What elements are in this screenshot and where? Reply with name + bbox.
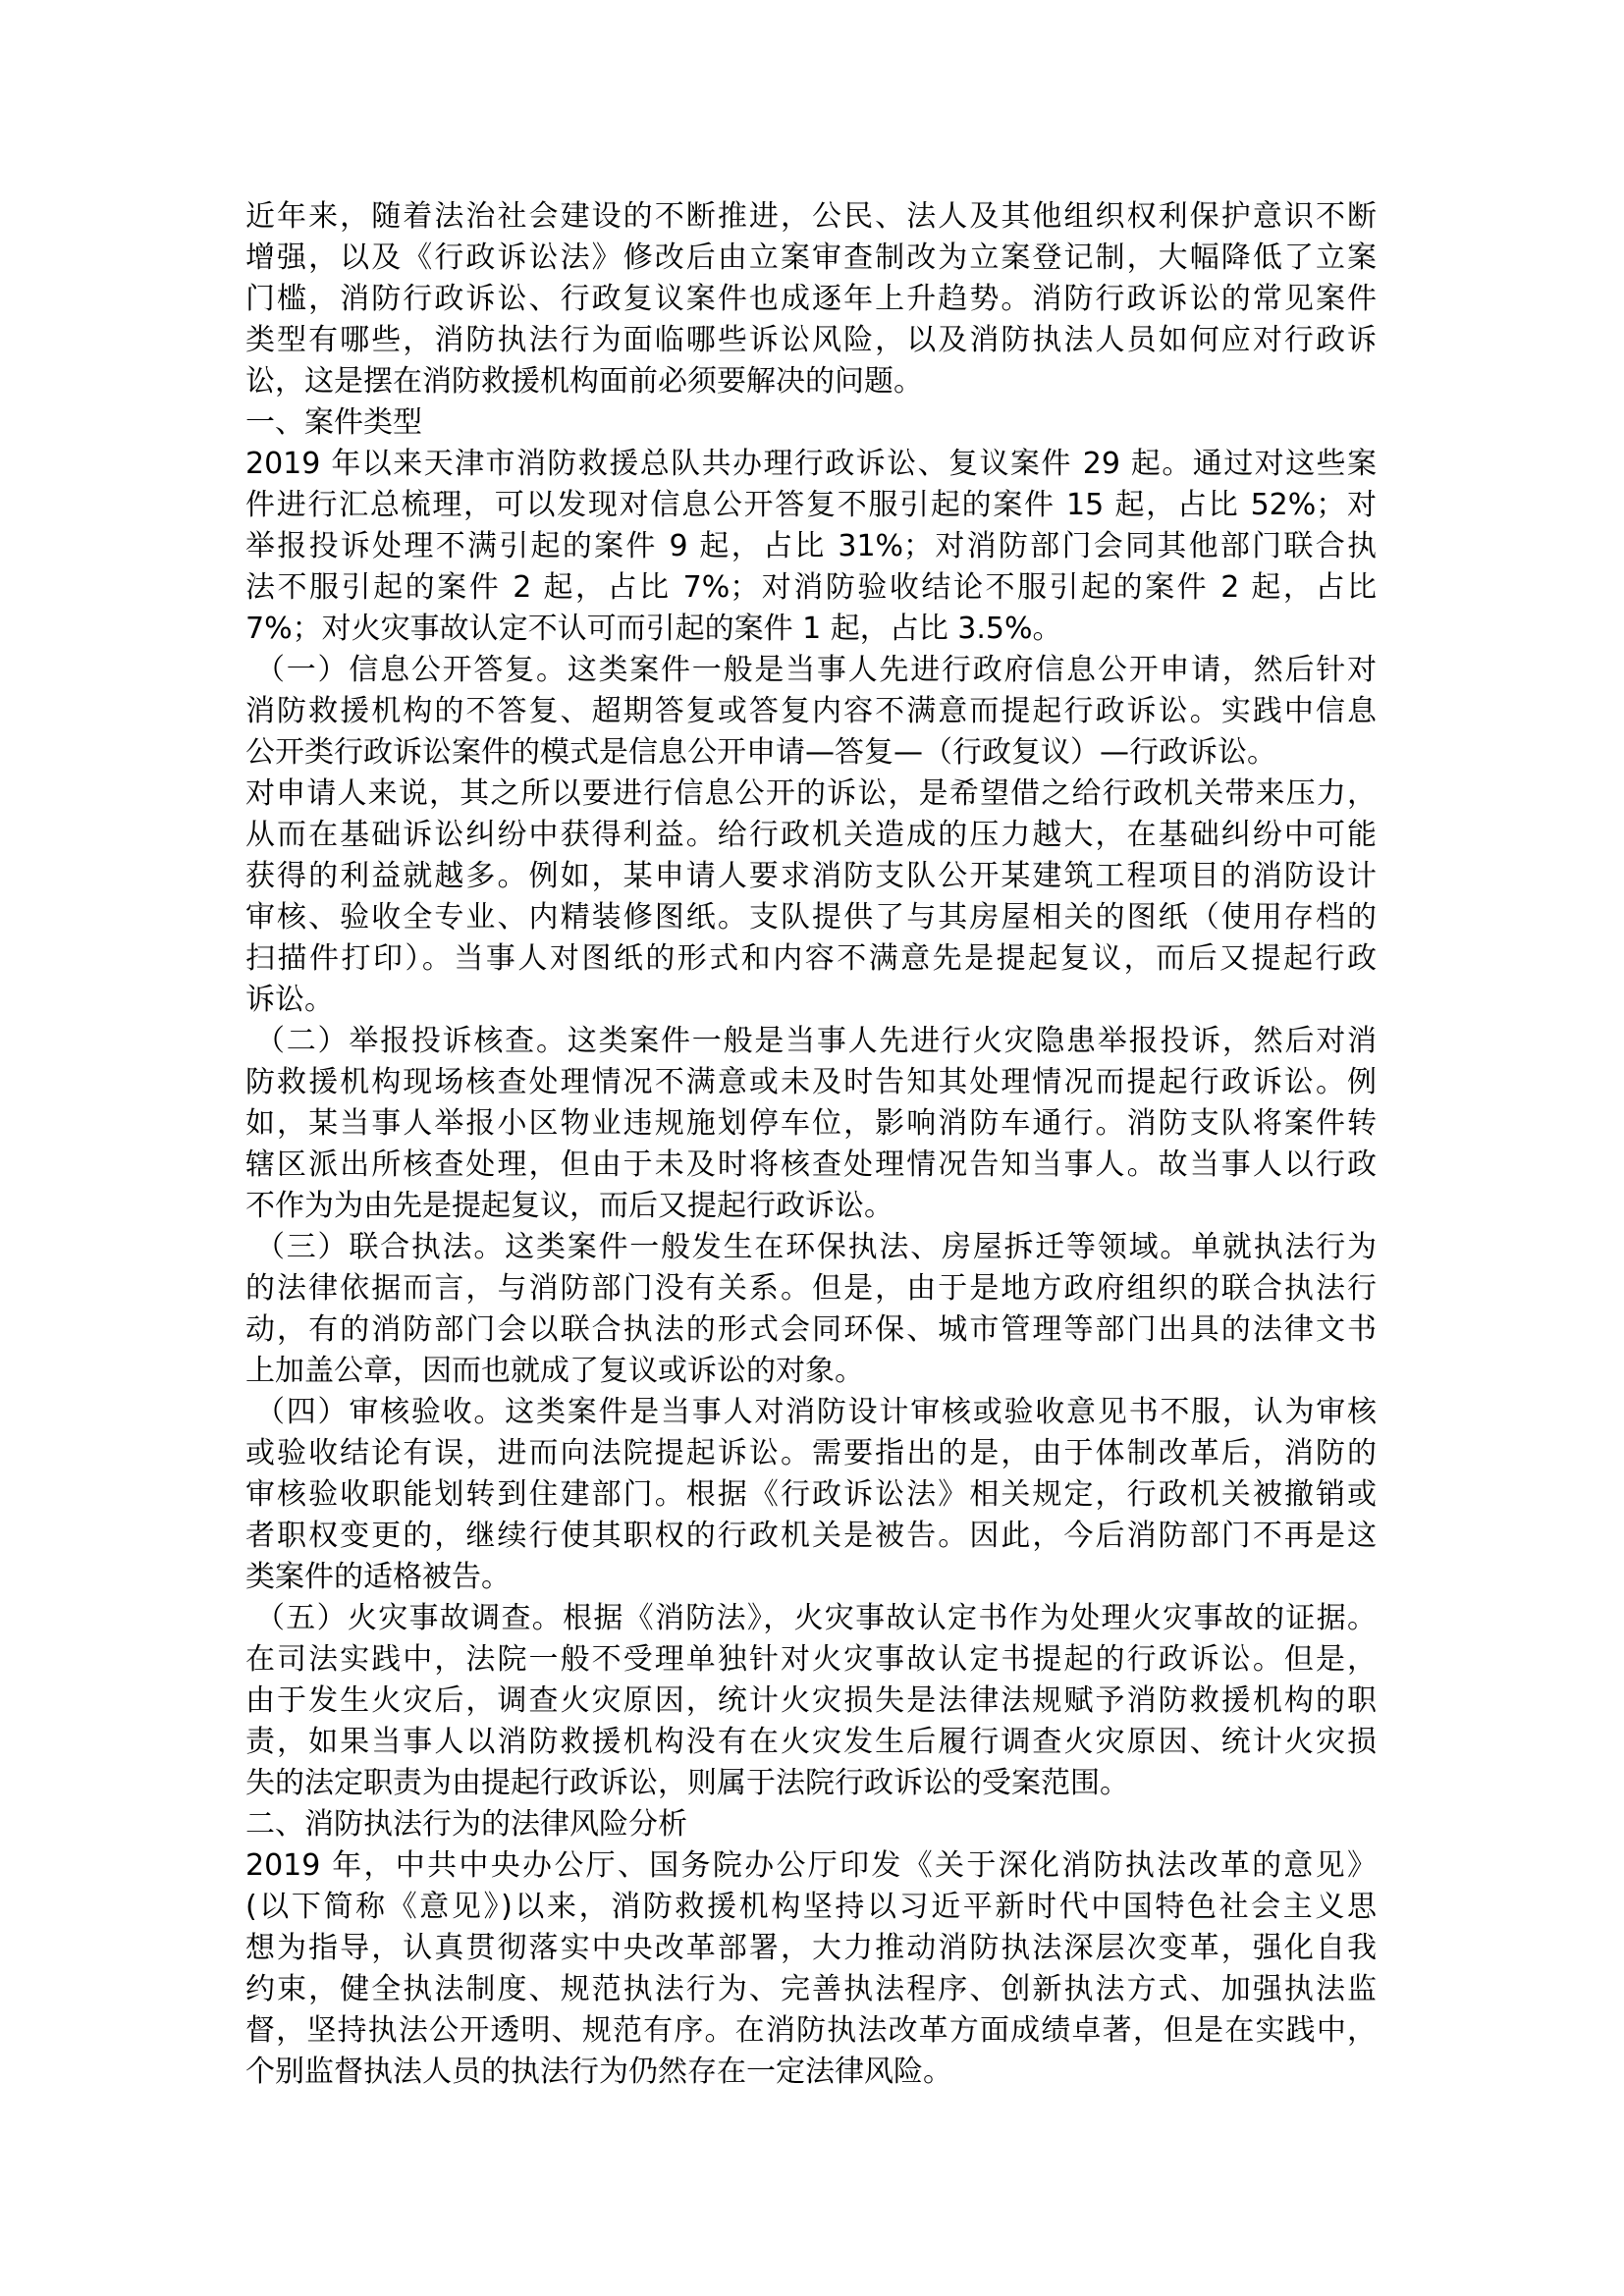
text-line: 如，某当事人举报小区物业违规施划停车位，影响消防车通行。消防支队将案件转 bbox=[245, 1103, 1377, 1145]
text-line: 或验收结论有误，进而向法院提起诉讼。需要指出的是，由于体制改革后，消防的 bbox=[245, 1433, 1377, 1474]
text-line: （二）举报投诉核查。这类案件一般是当事人先进行火灾隐患举报投诉，然后对消 bbox=[245, 1021, 1377, 1062]
text-line: 想为指导，认真贯彻落实中央改革部署，大力推动消防执法深层次变革，强化自我 bbox=[245, 1928, 1377, 1969]
text-line: 获得的利益就越多。例如，某申请人要求消防支队公开某建筑工程项目的消防设计 bbox=[245, 856, 1377, 897]
text-line: 扫描件打印）。当事人对图纸的形式和内容不满意先是提起复议，而后又提起行政 bbox=[245, 938, 1377, 980]
text-line: （一）信息公开答复。这类案件一般是当事人先进行政府信息公开申请，然后针对 bbox=[245, 650, 1377, 691]
text-line: 公开类行政诉讼案件的模式是信息公开申请—答复—（行政复议）—行政诉讼。 bbox=[245, 732, 1377, 774]
section-heading: 一、案件类型 bbox=[245, 402, 1377, 444]
text-line: 由于发生火灾后，调查火灾原因，统计火灾损失是法律法规赋予消防救援机构的职 bbox=[245, 1681, 1377, 1722]
text-line: （三）联合执法。这类案件一般发生在环保执法、房屋拆迁等领域。单就执法行为 bbox=[245, 1227, 1377, 1268]
text-line: 类案件的适格被告。 bbox=[245, 1557, 1377, 1598]
text-line: 督，坚持执法公开透明、规范有序。在消防执法改革方面成绩卓著，但是在实践中， bbox=[245, 2010, 1377, 2052]
text-line: 者职权变更的，继续行使其职权的行政机关是被告。因此，今后消防部门不再是这 bbox=[245, 1516, 1377, 1557]
text-line: 法不服引起的案件 2 起，占比 7%；对消防验收结论不服引起的案件 2 起，占比 bbox=[245, 567, 1377, 609]
text-line: 消防救援机构的不答复、超期答复或答复内容不满意而提起行政诉讼。实践中信息 bbox=[245, 691, 1377, 732]
text-line: 讼，这是摆在消防救援机构面前必须要解决的问题。 bbox=[245, 361, 1377, 402]
text-line: 门槛，消防行政诉讼、行政复议案件也成逐年上升趋势。消防行政诉讼的常见案件 bbox=[245, 279, 1377, 320]
text-line: 辖区派出所核查处理，但由于未及时将核查处理情况告知当事人。故当事人以行政 bbox=[245, 1145, 1377, 1186]
text-line: 不作为为由先是提起复议，而后又提起行政诉讼。 bbox=[245, 1186, 1377, 1227]
text-line: 动，有的消防部门会以联合执法的形式会同环保、城市管理等部门出具的法律文书 bbox=[245, 1309, 1377, 1351]
text-line: 举报投诉处理不满引起的案件 9 起，占比 31%；对消防部门会同其他部门联合执 bbox=[245, 526, 1377, 567]
text-line: 个别监督执法人员的执法行为仍然存在一定法律风险。 bbox=[245, 2052, 1377, 2093]
text-line: 7%；对火灾事故认定不认可而引起的案件 1 起，占比 3.5%。 bbox=[245, 609, 1377, 650]
text-line: 上加盖公章，因而也就成了复议或诉讼的对象。 bbox=[245, 1351, 1377, 1392]
text-line: 审核、验收全专业、内精装修图纸。支队提供了与其房屋相关的图纸（使用存档的 bbox=[245, 897, 1377, 938]
text-line: 对申请人来说，其之所以要进行信息公开的诉讼，是希望借之给行政机关带来压力， bbox=[245, 774, 1377, 815]
text-line: 诉讼。 bbox=[245, 980, 1377, 1021]
text-line: 2019 年以来天津市消防救援总队共办理行政诉讼、复议案件 29 起。通过对这些… bbox=[245, 444, 1377, 485]
text-line: 失的法定职责为由提起行政诉讼，则属于法院行政诉讼的受案范围。 bbox=[245, 1763, 1377, 1804]
document-page: 近年来，随着法治社会建设的不断推进，公民、法人及其他组织权利保护意识不断增强，以… bbox=[0, 0, 1624, 2296]
text-line: 2019 年，中共中央办公厅、国务院办公厅印发《关于深化消防执法改革的意见》 bbox=[245, 1845, 1377, 1887]
text-line: 件进行汇总梳理，可以发现对信息公开答复不服引起的案件 15 起，占比 52%；对 bbox=[245, 485, 1377, 526]
text-line: 增强，以及《行政诉讼法》修改后由立案审查制改为立案登记制，大幅降低了立案 bbox=[245, 238, 1377, 279]
text-line: 责，如果当事人以消防救援机构没有在火灾发生后履行调查火灾原因、统计火灾损 bbox=[245, 1722, 1377, 1763]
text-line: 的法律依据而言，与消防部门没有关系。但是，由于是地方政府组织的联合执法行 bbox=[245, 1268, 1377, 1309]
text-line: 近年来，随着法治社会建设的不断推进，公民、法人及其他组织权利保护意识不断 bbox=[245, 196, 1377, 238]
text-line: 类型有哪些，消防执法行为面临哪些诉讼风险，以及消防执法人员如何应对行政诉 bbox=[245, 320, 1377, 361]
text-line: 在司法实践中，法院一般不受理单独针对火灾事故认定书提起的行政诉讼。但是， bbox=[245, 1639, 1377, 1681]
text-line: 防救援机构现场核查处理情况不满意或未及时告知其处理情况而提起行政诉讼。例 bbox=[245, 1062, 1377, 1103]
text-line: （五）火灾事故调查。根据《消防法》，火灾事故认定书作为处理火灾事故的证据。 bbox=[245, 1598, 1377, 1639]
text-line: 从而在基础诉讼纠纷中获得利益。给行政机关造成的压力越大，在基础纠纷中可能 bbox=[245, 815, 1377, 856]
text-line: 约束，健全执法制度、规范执法行为、完善执法程序、创新执法方式、加强执法监 bbox=[245, 1969, 1377, 2010]
text-line: （四）审核验收。这类案件是当事人对消防设计审核或验收意见书不服，认为审核 bbox=[245, 1392, 1377, 1433]
document-body: 近年来，随着法治社会建设的不断推进，公民、法人及其他组织权利保护意识不断增强，以… bbox=[245, 196, 1377, 2093]
section-heading: 二、消防执法行为的法律风险分析 bbox=[245, 1804, 1377, 1845]
text-line: (以下简称《意见》)以来，消防救援机构坚持以习近平新时代中国特色社会主义思 bbox=[245, 1887, 1377, 1928]
text-line: 审核验收职能划转到住建部门。根据《行政诉讼法》相关规定，行政机关被撤销或 bbox=[245, 1474, 1377, 1516]
